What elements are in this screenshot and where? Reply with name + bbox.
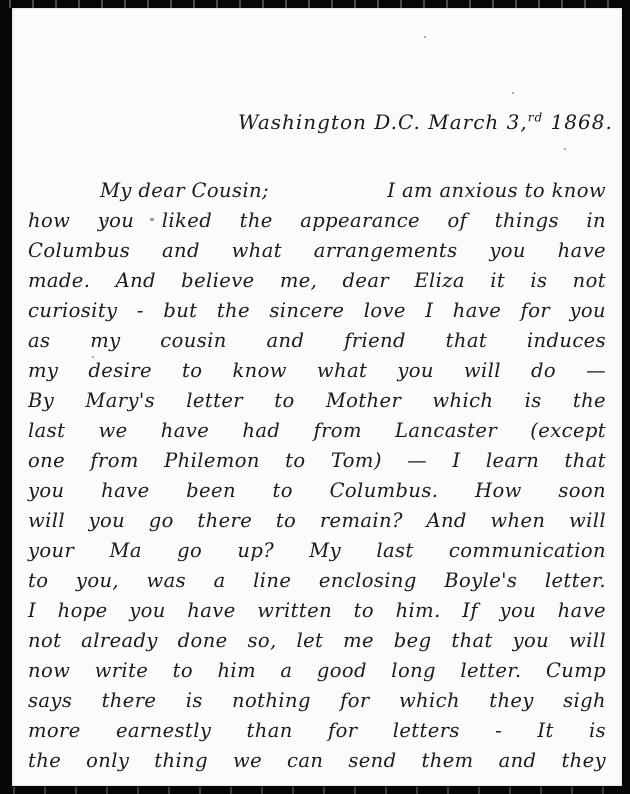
- letter-paper: Washington D.C. March 3,rd 1868. My dear…: [12, 8, 622, 786]
- dust-speck: [512, 92, 514, 94]
- salutation: My dear Cousin;: [100, 176, 269, 206]
- dust-speck: [424, 36, 426, 38]
- letter-line: one from Philemon to Tom) — I learn that: [28, 446, 606, 476]
- letter-line: not already done so, let me beg that you…: [28, 626, 606, 656]
- dateline-ordinal: rd: [528, 110, 543, 124]
- letter-line: my desire to know what you will do —: [28, 356, 606, 386]
- letter-line: curiosity - but the sincere love I have …: [28, 296, 606, 326]
- letter-line: your Ma go up? My last communication: [28, 536, 606, 566]
- scanned-letter: Washington D.C. March 3,rd 1868. My dear…: [0, 0, 630, 794]
- letter-body: My dear Cousin; I am anxious to know how…: [28, 176, 606, 776]
- letter-line: as my cousin and friend that induces: [28, 326, 606, 356]
- opening-phrase: I am anxious to know: [387, 176, 606, 206]
- letter-line: to you, was a line enclosing Boyle's let…: [28, 566, 606, 596]
- letter-line: made. And believe me, dear Eliza it is n…: [28, 266, 606, 296]
- letter-line: the only thing we can send them and they: [28, 746, 606, 776]
- letter-line: By Mary's letter to Mother which is the: [28, 386, 606, 416]
- letter-line: I hope you have written to him. If you h…: [28, 596, 606, 626]
- letter-salutation-line: My dear Cousin; I am anxious to know: [28, 176, 606, 206]
- letter-line: how you liked the appearance of things i…: [28, 206, 606, 236]
- letter-line: now write to him a good long letter. Cum…: [28, 656, 606, 686]
- letter-line: Columbus and what arrangements you have: [28, 236, 606, 266]
- dust-speck: [564, 148, 566, 150]
- letter-line: more earnestly than for letters - It is: [28, 716, 606, 746]
- letter-line: says there is nothing for which they sig…: [28, 686, 606, 716]
- letter-line: you have been to Columbus. How soon: [28, 476, 606, 506]
- dateline-year: 1868.: [543, 110, 613, 134]
- letter-line: last we have had from Lancaster (except: [28, 416, 606, 446]
- letter-line: will you go there to remain? And when wi…: [28, 506, 606, 536]
- dateline-place-date: Washington D.C. March 3,: [238, 110, 528, 134]
- letter-dateline: Washington D.C. March 3,rd 1868.: [238, 110, 613, 134]
